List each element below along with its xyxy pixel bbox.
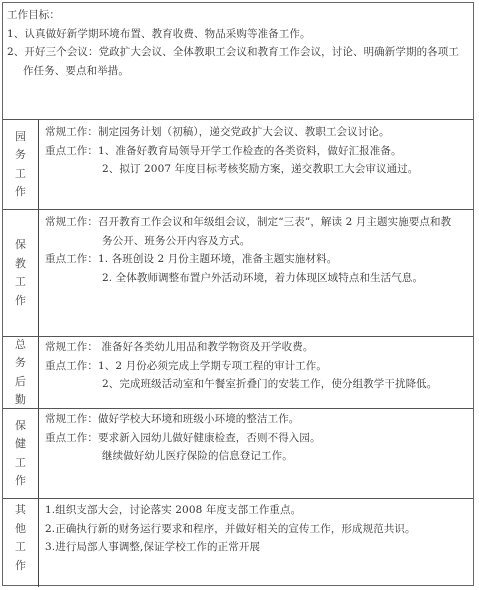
goal-item-2: 2、开好三个会议：党政扩大会议、全体教职工会议和教育工作会议，讨论、明确新学期的… xyxy=(7,43,469,62)
other-item-2: 2.正确执行新的财务运行要求和程序，并做好相关的宣传工作，形成规范共识。 xyxy=(45,520,469,539)
routine-work: 常规工作：制定园务计划（初稿），递交党政扩大会议、教职工会议讨论。 xyxy=(45,123,469,142)
section-row-other: 其 他 工 作 1.组织支部大会，讨论落实 2008 年度支部工作重点。 2.正… xyxy=(3,499,473,587)
routine-work-cont: 务公开、班务公开内容及方式。 xyxy=(45,232,469,251)
routine-work: 常规工作：召开教育工作会议和年级组会议，制定“三表”，解读 2 月主题实施要点和… xyxy=(45,213,469,232)
goal-item-1: 1、认真做好新学期环境布置、教育收费、物品采购等准备工作。 xyxy=(7,25,469,44)
section-label: 保 教 工 作 xyxy=(3,210,39,336)
section-label: 保 健 工 作 xyxy=(3,409,39,498)
key-work: 重点工作：1、准备好教育局领导开学工作检查的各类资料，做好汇报准备。 xyxy=(45,142,469,161)
key-work-item: 继续做好幼儿医疗保险的信息登记工作。 xyxy=(45,447,469,466)
section-row-health: 保 健 工 作 常规工作：做好学校大环境和班级小环境的整洁工作。 重点工作：要求… xyxy=(3,409,473,499)
section-row-education: 保 教 工 作 常规工作：召开教育工作会议和年级组会议，制定“三表”，解读 2 … xyxy=(3,210,473,337)
section-label: 园 务 工 作 xyxy=(3,120,39,209)
other-item-1: 1.组织支部大会，讨论落实 2008 年度支部工作重点。 xyxy=(45,501,469,520)
key-work-item: 2. 全体教师调整布置户外活动环境，着力体现区域特点和生活气息。 xyxy=(45,269,469,288)
key-work: 重点工作：1. 各班创设 2 月份主题环境，准备主题实施材料。 xyxy=(45,250,469,269)
section-content: 常规工作： 准备好各类幼儿用品和教学物资及开学收费。 重点工作：1、2 月份必须… xyxy=(40,337,473,408)
section-label: 其 他 工 作 xyxy=(3,499,39,587)
section-row-logistics: 总 务 后 勤 常规工作： 准备好各类幼儿用品和教学物资及开学收费。 重点工作：… xyxy=(3,337,473,409)
key-work: 重点工作：1、2 月份必须完成上学期专项工程的审计工作。 xyxy=(45,357,469,376)
section-content: 常规工作：召开教育工作会议和年级组会议，制定“三表”，解读 2 月主题实施要点和… xyxy=(40,210,473,336)
routine-work: 常规工作：做好学校大环境和班级小环境的整洁工作。 xyxy=(45,410,469,429)
goals-row: 工作目标： 1、认真做好新学期环境布置、教育收费、物品采购等准备工作。 2、开好… xyxy=(3,3,473,120)
section-content: 常规工作：制定园务计划（初稿），递交党政扩大会议、教职工会议讨论。 重点工作：1… xyxy=(40,120,473,209)
section-label: 总 务 后 勤 xyxy=(3,337,39,408)
goals-block: 工作目标： 1、认真做好新学期环境布置、教育收费、物品采购等准备工作。 2、开好… xyxy=(3,3,473,80)
key-work-item: 2、拟订 2007 年度目标考核奖励方案，递交教职工大会审议通过。 xyxy=(45,160,469,179)
section-row-garden-affairs: 园 务 工 作 常规工作：制定园务计划（初稿），递交党政扩大会议、教职工会议讨论… xyxy=(3,120,473,210)
work-plan-table: 工作目标： 1、认真做好新学期环境布置、教育收费、物品采购等准备工作。 2、开好… xyxy=(2,2,474,586)
other-item-3: 3.进行局部人事调整,保证学校工作的正常开展 xyxy=(45,538,469,557)
goal-item-2-cont: 作任务、要点和举措。 xyxy=(7,62,469,81)
goals-title: 工作目标： xyxy=(7,6,469,25)
key-work-item: 2、完成班级活动室和午餐室折叠门的安装工作，使分组教学干扰降低。 xyxy=(45,375,469,394)
routine-work: 常规工作： 准备好各类幼儿用品和教学物资及开学收费。 xyxy=(45,338,469,357)
key-work: 重点工作：要求新入园幼儿做好健康检查，否则不得入园。 xyxy=(45,429,469,448)
section-content: 常规工作：做好学校大环境和班级小环境的整洁工作。 重点工作：要求新入园幼儿做好健… xyxy=(40,409,473,498)
section-content: 1.组织支部大会，讨论落实 2008 年度支部工作重点。 2.正确执行新的财务运… xyxy=(40,499,473,587)
